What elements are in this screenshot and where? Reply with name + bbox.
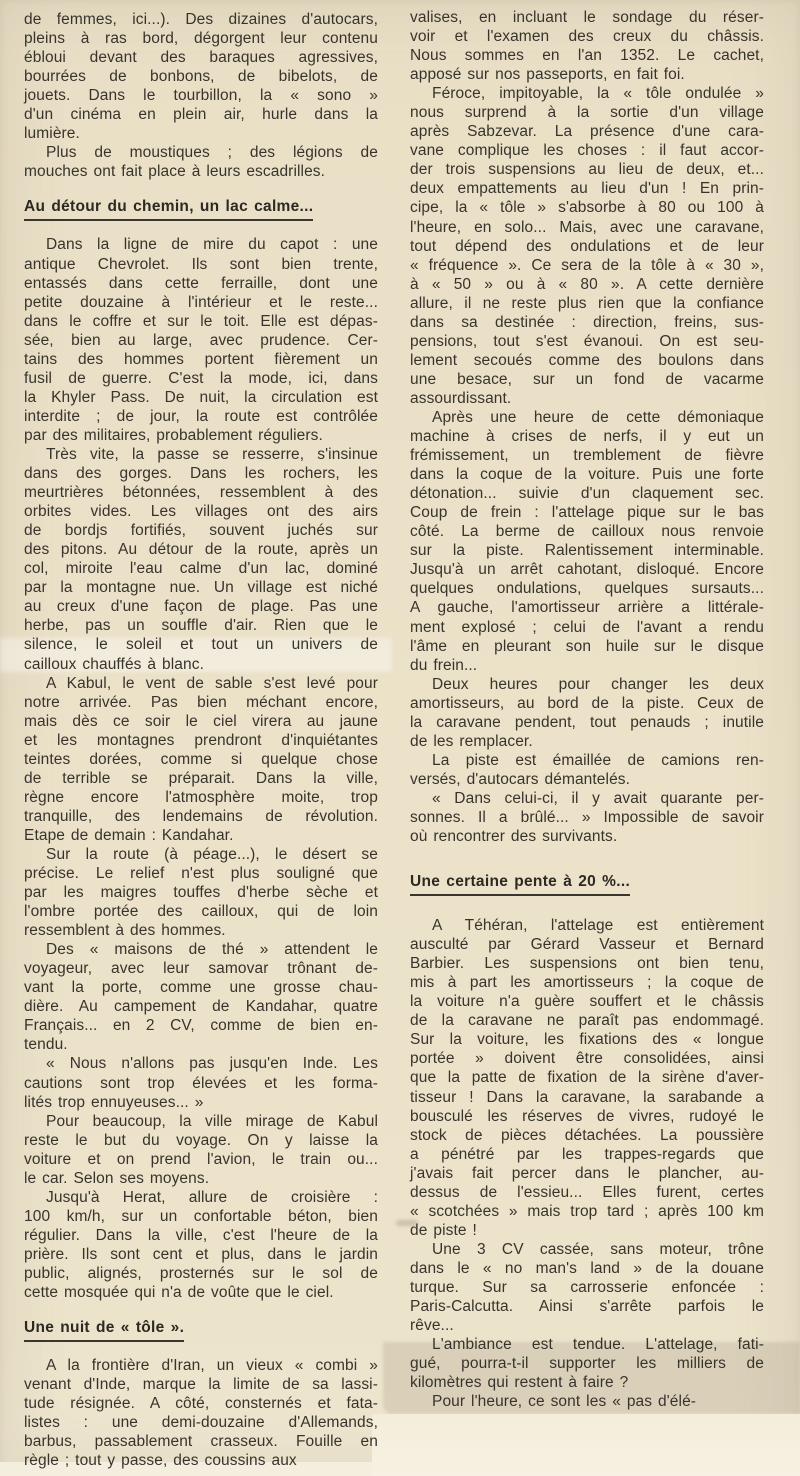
text-line: j'avais fait percer dans le plancher, au… <box>410 1164 764 1183</box>
text-line: « Nous n'allons pas jusqu'en Inde. Les <box>24 1054 378 1073</box>
text-line: kilomètres qui restent à faire ? <box>410 1373 764 1392</box>
text-line: allure, il ne reste plus rien que la con… <box>410 294 764 313</box>
text-line: a pénétré par les trappes-regards que <box>410 1145 764 1164</box>
text-line: mouches ont fait place à leurs escadrill… <box>24 162 378 181</box>
text-line: 100 km/h, sur un confortable béton, bien <box>24 1207 378 1226</box>
text-line: Français... en 2 CV, comme de bien en- <box>24 1016 378 1035</box>
text-line: dans le coffre et sur le toit. Elle est … <box>24 312 378 331</box>
text-line: Barbier. Les suspensions ont bien tenu, <box>410 954 764 973</box>
paragraph: Pour beaucoup, la ville mirage de Kabulr… <box>24 1112 378 1188</box>
text-line: ausculté par Gérard Vasseur et Bernard <box>410 935 764 954</box>
text-line: la voiture n'a guère souffert et le châs… <box>410 992 764 1011</box>
text-line: de terrible se préparait. Dans la ville, <box>24 769 378 788</box>
text-line: détonation... suivie d'un claquement sec… <box>410 484 764 503</box>
text-line: machine à crises de nerfs, il y eut un <box>410 427 764 446</box>
paragraph: La piste est émaillée de camions ren-ver… <box>410 751 764 789</box>
text-line: « scotchées » mais trop tard ; après 100… <box>410 1202 764 1221</box>
text-line: assourdissant. <box>410 389 764 408</box>
text-line: règne encore l'atmosphère moite, trop <box>24 788 378 807</box>
text-line: Une 3 CV cassée, sans moteur, trône <box>410 1240 764 1259</box>
text-line: tranquille, des lendemains de révolution… <box>24 807 378 826</box>
paragraph: Féroce, impitoyable, la « tôle ondulée »… <box>410 84 764 408</box>
text-line: stock de pièces détachées. La poussière <box>410 1126 764 1145</box>
text-line: herbe, pas un souffle d'air. Rien que le <box>24 616 378 635</box>
text-line: « fréquence ». Ce sera de la tôle à « 30… <box>410 256 764 275</box>
text-line: par la montagne nue. Un village est nich… <box>24 578 378 597</box>
text-line: der trois suspensions au lieu de deux, e… <box>410 160 764 179</box>
text-line: de bordjs fortifiés, souvent juchés sur <box>24 521 378 540</box>
text-line: Pour beaucoup, la ville mirage de Kabul <box>24 1112 378 1131</box>
text-line: voiture et on prend l'avion, le train ou… <box>24 1150 378 1169</box>
text-line: silence, le soleil et tout un univers de <box>24 635 378 654</box>
scanned-article-page: de femmes, ici...). Des dizaines d'autoc… <box>0 0 800 1476</box>
text-line: ressemblent à des hommes. <box>24 921 378 940</box>
text-line: listes : une demi-douzaine d'Allemands, <box>24 1413 378 1432</box>
text-line: que la patte de fixation de la sirène d'… <box>410 1068 764 1087</box>
text-line: quelques ondulations, quelques sursauts.… <box>410 579 764 598</box>
text-line: dans sa destinée : direction, freins, su… <box>410 313 764 332</box>
text-line: Après une heure de cette démoniaque <box>410 408 764 427</box>
text-line: ébloui devant des baraques agressives, <box>24 48 378 67</box>
paragraph: Des « maisons de thé » attendent levoyag… <box>24 940 378 1054</box>
text-line: A gauche, l'amortisseur arrière a littér… <box>410 598 764 617</box>
text-line: précise. Le relief n'est plus souligné q… <box>24 864 378 883</box>
text-line: Paris-Calcutta. Ainsi s'arrête parfois l… <box>410 1297 764 1316</box>
text-line: dière. Au campement de Kandahar, quatre <box>24 997 378 1016</box>
text-line: teintes dorées, comme si quelque chose <box>24 750 378 769</box>
text-line: le car. Selon ses moyens. <box>24 1169 378 1188</box>
text-line: l'ombre portée des cailloux, qui de loin <box>24 902 378 921</box>
text-line: côté. La berme de cailloux nous renvoie <box>410 522 764 541</box>
text-line: Féroce, impitoyable, la « tôle ondulée » <box>410 84 764 103</box>
text-line: Des « maisons de thé » attendent le <box>24 940 378 959</box>
text-line: au creux d'une façon de plage. Pas une <box>24 597 378 616</box>
text-line: bourrées de bonbons, de bibelots, de <box>24 67 378 86</box>
text-line: la caravane pendent, tout penauds ; inut… <box>410 713 764 732</box>
text-line: et les montagnes prendront d'inquiétante… <box>24 731 378 750</box>
text-line: notre arrivée. Pas bien méchant encore, <box>24 693 378 712</box>
text-line: entassés dans cette ferraille, dont une <box>24 274 378 293</box>
text-line: ment explosé ; celui de l'avant a rendu <box>410 618 764 637</box>
text-line: de les remplacer. <box>410 732 764 751</box>
text-line: dans le « no man's land » de la douane <box>410 1259 764 1278</box>
text-line: Dans la ligne de mire du capot : une <box>24 235 378 254</box>
left-column: de femmes, ici...). Des dizaines d'autoc… <box>24 10 378 1470</box>
paragraph: Deux heures pour changer les deuxamortis… <box>410 675 764 751</box>
text-line: reste le but du voyage. On y laisse la <box>24 1131 378 1150</box>
text-line: portée » doivent être consolidées, ainsi <box>410 1049 764 1068</box>
text-line: par des militaires, probablement régulie… <box>24 426 378 445</box>
right-column: valises, en incluant le sondage du réser… <box>410 8 764 1411</box>
text-line: cette mosquée qui n'a de voûte que le ci… <box>24 1283 378 1302</box>
text-line: tendu. <box>24 1035 378 1054</box>
text-line: Jusqu'à un arrêt cahotant, disloqué. Enc… <box>410 560 764 579</box>
text-line: Coup de frein : l'attelage pique sur le … <box>410 503 764 522</box>
text-line: barbus, passablement crasseux. Fouille e… <box>24 1432 378 1451</box>
text-line: régulier. Dans la ville, c'est l'heure d… <box>24 1226 378 1245</box>
text-line: l'âme en pleurant son huile sur le disqu… <box>410 637 764 656</box>
section-heading: Au détour du chemin, un lac calme... <box>24 197 378 221</box>
text-line: interdite ; de jour, la route est contrô… <box>24 407 378 426</box>
paragraph: A Téhéran, l'attelage est entièrementaus… <box>410 916 764 1240</box>
paragraph: Une 3 CV cassée, sans moteur, trônedans … <box>410 1240 764 1335</box>
text-line: règle ; tout y passe, des coussins aux <box>24 1451 378 1470</box>
text-line: bousculé les réserves de vivres, rudoyé … <box>410 1107 764 1126</box>
text-line: tude résignée. A côté, consternés et fat… <box>24 1394 378 1413</box>
section-heading-text: Au détour du chemin, un lac calme... <box>24 197 313 221</box>
text-line: sée, bien au large, avec prudence. Cer- <box>24 331 378 350</box>
paragraph: Sur la route (à péage...), le désert sep… <box>24 845 378 940</box>
text-line: turque. Sur sa carrosserie enfoncée : <box>410 1278 764 1297</box>
text-line: Jusqu'à Herat, allure de croisière : <box>24 1188 378 1207</box>
section-heading: Une nuit de « tôle ». <box>24 1318 378 1342</box>
paragraph: L'ambiance est tendue. L'attelage, fati-… <box>410 1335 764 1392</box>
text-line: rêve... <box>410 1316 764 1335</box>
text-line: l'heure, en solo... Mais, avec une carav… <box>410 218 764 237</box>
paragraph: Plus de moustiques ; des légions demouch… <box>24 143 378 181</box>
text-line: par les maigres touffes d'herbe sèche et <box>24 883 378 902</box>
text-line: dessus de l'essieu... Elles furent, cert… <box>410 1183 764 1202</box>
text-line: Sur la route (à péage...), le désert se <box>24 845 378 864</box>
text-line: du frein... <box>410 656 764 675</box>
text-line: col, miroite l'eau calme d'un lac, domin… <box>24 559 378 578</box>
text-line: à « 50 » ou à « 80 ». A cette dernière <box>410 275 764 294</box>
section-heading-text: Une certaine pente à 20 %... <box>410 872 630 896</box>
text-line: orbites vides. Les villages ont des airs <box>24 502 378 521</box>
text-line: Plus de moustiques ; des légions de <box>24 143 378 162</box>
text-line: cipe, la « tôle » s'absorbe à 80 ou 100 … <box>410 198 764 217</box>
text-line: Pour l'heure, ce sont les « pas d'élé- <box>410 1392 764 1411</box>
text-line: public, alignés, prosternés sur le sol d… <box>24 1264 378 1283</box>
paragraph: Après une heure de cette démoniaquemachi… <box>410 408 764 675</box>
text-line: A Téhéran, l'attelage est entièrement <box>410 916 764 935</box>
text-line: Très vite, la passe se resserre, s'insin… <box>24 445 378 464</box>
text-line: fusil de guerre. C'est la mode, ici, dan… <box>24 369 378 388</box>
text-line: après Sabzevar. La présence d'une cara- <box>410 122 764 141</box>
text-line: mais dès ce soir le ciel virera au jaune <box>24 712 378 731</box>
paragraph: « Nous n'allons pas jusqu'en Inde. Lesca… <box>24 1054 378 1111</box>
text-line: petite douzaine à l'intérieur et le rest… <box>24 293 378 312</box>
text-line: lités trop ennuyeuses... » <box>24 1093 378 1112</box>
text-line: mis à part les amortisseurs ; la coque d… <box>410 973 764 992</box>
text-line: où rencontrer des survivants. <box>410 827 764 846</box>
text-line: tout dépend des ondulations et de leur <box>410 237 764 256</box>
paragraph: « Dans celui-ci, il y avait quarante per… <box>410 789 764 846</box>
text-line: de la caravane ne paraît pas endommagé. <box>410 1011 764 1030</box>
text-line: de femmes, ici...). Des dizaines d'autoc… <box>24 10 378 29</box>
paragraph: Dans la ligne de mire du capot : uneanti… <box>24 235 378 445</box>
text-line: lement secoués comme des boulons dans <box>410 351 764 370</box>
text-line: nous surprend à la sortie d'un village <box>410 103 764 122</box>
text-line: L'ambiance est tendue. L'attelage, fati- <box>410 1335 764 1354</box>
paragraph: Pour l'heure, ce sont les « pas d'élé- <box>410 1392 764 1411</box>
text-line: antique Chevrolet. Ils sont bien trente, <box>24 255 378 274</box>
text-line: d'un cinéma en plein air, hurle dans la <box>24 105 378 124</box>
text-line: des pitons. Au détour de la route, après… <box>24 540 378 559</box>
text-line: sonnes. Il a brûlé... » Impossible de sa… <box>410 808 764 827</box>
section-heading: Une certaine pente à 20 %... <box>410 872 764 896</box>
text-line: une besace, sur un fond de vacarme <box>410 370 764 389</box>
text-line: dans la coque de la voiture. Puis une fo… <box>410 465 764 484</box>
text-line: apposé sur nos passeports, en fait foi. <box>410 65 764 84</box>
text-line: cailloux chauffés à blanc. <box>24 655 378 674</box>
paragraph: A la frontière d'Iran, un vieux « combi … <box>24 1356 378 1470</box>
text-line: venant d'Inde, marque la limite de sa la… <box>24 1375 378 1394</box>
text-line: amortisseurs, au bord de la piste. Ceux … <box>410 694 764 713</box>
text-line: Nous sommes en l'an 1352. Le cachet, <box>410 46 764 65</box>
paragraph: A Kabul, le vent de sable s'est levé pou… <box>24 674 378 845</box>
paragraph: valises, en incluant le sondage du réser… <box>410 8 764 84</box>
text-line: frémissement, un tremblement de fièvre <box>410 446 764 465</box>
text-line: cautions sont trop élevées et les forma- <box>24 1074 378 1093</box>
text-line: Sur la voiture, les fixations des « long… <box>410 1030 764 1049</box>
text-line: voir et l'examen des creux du châssis. <box>410 27 764 46</box>
text-line: vane complique les choses : il faut acco… <box>410 141 764 160</box>
text-line: La piste est émaillée de camions ren- <box>410 751 764 770</box>
text-line: tains des hommes portent fièrement un <box>24 350 378 369</box>
text-line: vant la porte, comme une grosse chau- <box>24 978 378 997</box>
text-line: voyageur, avec leur samovar trônant de- <box>24 959 378 978</box>
text-line: la Khyler Pass. De nuit, la circulation … <box>24 388 378 407</box>
text-line: pensions, tout s'est évanoui. On est seu… <box>410 332 764 351</box>
section-heading-text: Une nuit de « tôle ». <box>24 1318 184 1342</box>
text-line: sur la piste. Ralentissement interminabl… <box>410 541 764 560</box>
text-line: de piste ! <box>410 1221 764 1240</box>
text-line: valises, en incluant le sondage du réser… <box>410 8 764 27</box>
text-line: Etape de demain : Kandahar. <box>24 826 378 845</box>
text-line: prière. Ils sont cent et plus, dans le j… <box>24 1245 378 1264</box>
scan-bottom-margin-right <box>372 1414 800 1476</box>
text-line: A la frontière d'Iran, un vieux « combi … <box>24 1356 378 1375</box>
text-line: gué, pourra-t-il supporter les milliers … <box>410 1354 764 1373</box>
text-line: pleins à ras bord, dégorgent leur conten… <box>24 29 378 48</box>
text-line: versés, d'autocars démantelés. <box>410 770 764 789</box>
text-line: « Dans celui-ci, il y avait quarante per… <box>410 789 764 808</box>
text-line: deux empattements au lieu d'un ! En prin… <box>410 179 764 198</box>
paragraph: de femmes, ici...). Des dizaines d'autoc… <box>24 10 378 143</box>
paragraph: Très vite, la passe se resserre, s'insin… <box>24 445 378 674</box>
text-line: tisseur ! Dans la caravane, la sarabande… <box>410 1088 764 1107</box>
text-line: A Kabul, le vent de sable s'est levé pou… <box>24 674 378 693</box>
text-line: meurtrières bétonnées, ressemblent à des <box>24 483 378 502</box>
text-line: jouets. Dans le tourbillon, la « sono » <box>24 86 378 105</box>
text-line: lumière. <box>24 124 378 143</box>
text-line: Deux heures pour changer les deux <box>410 675 764 694</box>
paragraph: Jusqu'à Herat, allure de croisière :100 … <box>24 1188 378 1302</box>
text-line: dans des gorges. Dans les rochers, les <box>24 464 378 483</box>
